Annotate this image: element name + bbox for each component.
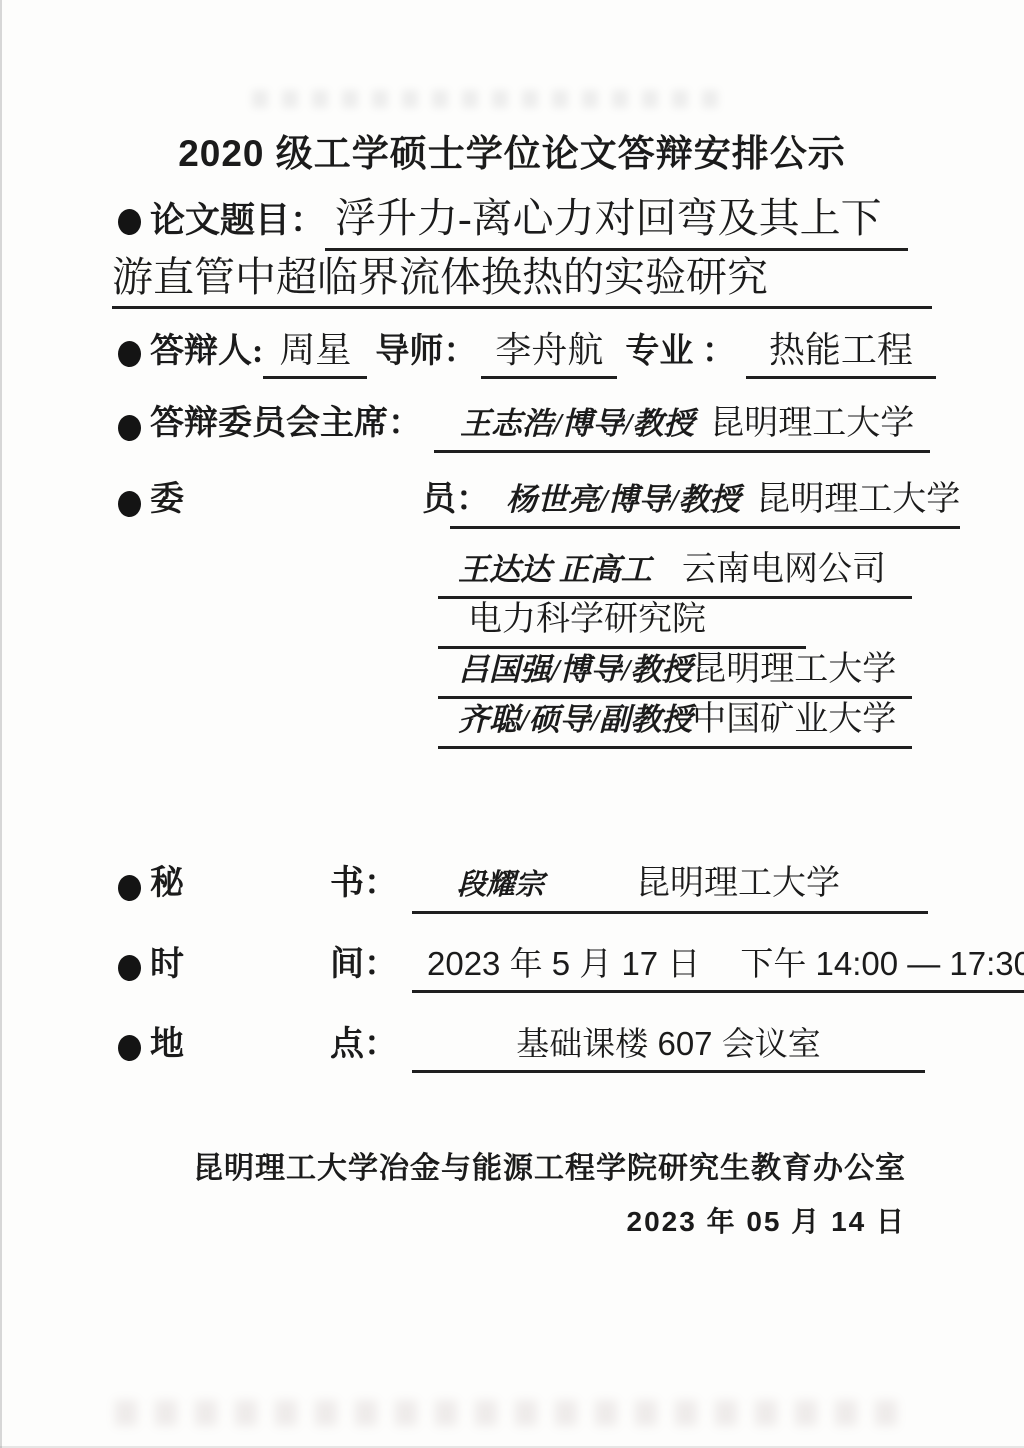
thesis-title-line2: 游直管中超临界流体换热的实验研究 [112,252,932,309]
location-label-second: 点： [330,1023,398,1067]
committee-member-affiliation-continued: 电力科学研究院 [438,598,806,649]
location-value: 基础课楼 607 会议室 [412,1022,925,1066]
chair-label: 答辩委员会主席： [150,402,422,446]
thesis-title-label: 论文题目： [150,195,325,247]
time-label: 时 间： [150,943,398,987]
scanned-announcement-page: 2020 级工学硕士学位论文答辩安排公示 论文题目： 浮升力-离心力对回弯及其上… [0,0,1024,1448]
committee-member-name: 吕国强/博导/教授 [458,648,692,692]
location-label: 地 点： [150,1023,398,1067]
time-row: 时 间： 2023 年 5 月 17 日 下午 14:00 — 17:30 [112,942,930,993]
candidate-label: 答辩人: [150,330,263,374]
scan-bleedthrough-top [252,90,722,108]
committee-row: 委 员： 杨世亮/博导/教授 昆明理工大学 [112,478,930,529]
major-value: 热能工程 [746,328,936,379]
location-label-first: 地 [150,1023,184,1067]
committee-member-name: 王达达 正高工 [458,548,652,592]
committee-member-name: 齐聪/硕导/副教授 [458,698,692,742]
thesis-title-line1: 浮升力-离心力对回弯及其上下 [325,192,908,251]
bullet-icon [118,875,141,901]
thesis-title-row: 论文题目： 浮升力-离心力对回弯及其上下 [112,192,908,251]
footer-office: 昆明理工大学冶金与能源工程学院研究生教育办公室 [112,1148,906,1190]
committee-member-entry: 吕国强/博导/教授 昆明理工大学 [438,648,912,699]
secretary-affiliation: 昆明理工大学 [636,862,840,906]
scan-edge-line-left [0,0,2,1448]
candidate-row: 答辩人: 周星 导师： 李舟航 专业 ： 热能工程 [112,328,936,379]
committee-member-entry: 王达达 正高工 云南电网公司 [438,548,912,599]
time-label-second: 间： [330,943,398,987]
bullet-icon [118,955,141,981]
chair-row: 答辩委员会主席： 王志浩/博导/教授 昆明理工大学 [112,402,930,453]
committee-member-affiliation: 云南电网公司 [682,548,886,592]
secretary-label-second: 书： [330,862,398,906]
committee-member-affiliation: 电力科学研究院 [468,601,706,638]
secretary-label: 秘 书： [150,862,398,906]
location-entry: 基础课楼 607 会议室 [412,1022,925,1073]
committee-member-name: 杨世亮/博导/教授 [506,478,740,522]
committee-member-affiliation: 中国矿业大学 [692,698,896,742]
supervisor-label: 导师： [375,330,477,374]
committee-label-first: 委 [150,478,184,522]
supervisor-name: 李舟航 [481,328,617,379]
secretary-entry: 段耀宗 昆明理工大学 [412,862,928,914]
chair-entry: 王志浩/博导/教授 昆明理工大学 [434,402,930,453]
location-row: 地 点： 基础课楼 607 会议室 [112,1022,925,1073]
bullet-icon [118,491,141,517]
bullet-icon [118,209,141,235]
time-date: 2023 年 5 月 17 日 [427,942,700,986]
major-label: 专业 ： [625,330,736,374]
secretary-name: 段耀宗 [457,863,544,907]
time-label-first: 时 [150,943,184,987]
candidate-name: 周星 [263,328,367,379]
bullet-icon [118,1035,141,1061]
footer-date: 2023 年 05 月 14 日 [112,1202,906,1242]
page-title: 2020 级工学硕士学位论文答辩安排公示 [0,132,1024,176]
committee-member-entry: 齐聪/硕导/副教授 中国矿业大学 [438,698,912,749]
time-entry: 2023 年 5 月 17 日 下午 14:00 — 17:30 [412,942,1024,993]
committee-label: 委 员： [150,478,490,522]
committee-member-entry: 杨世亮/博导/教授 昆明理工大学 [450,478,960,529]
committee-member-affiliation: 昆明理工大学 [692,648,896,692]
bullet-icon [118,415,141,441]
committee-member-affiliation: 昆明理工大学 [756,478,960,522]
time-range: 下午 14:00 — 17:30 [740,942,1024,986]
secretary-row: 秘 书： 段耀宗 昆明理工大学 [112,862,928,914]
bullet-icon [118,341,141,367]
chair-affiliation: 昆明理工大学 [710,402,914,446]
secretary-label-first: 秘 [150,862,184,906]
chair-name: 王志浩/博导/教授 [460,402,694,446]
scan-bleedthrough-bottom [115,1400,915,1426]
